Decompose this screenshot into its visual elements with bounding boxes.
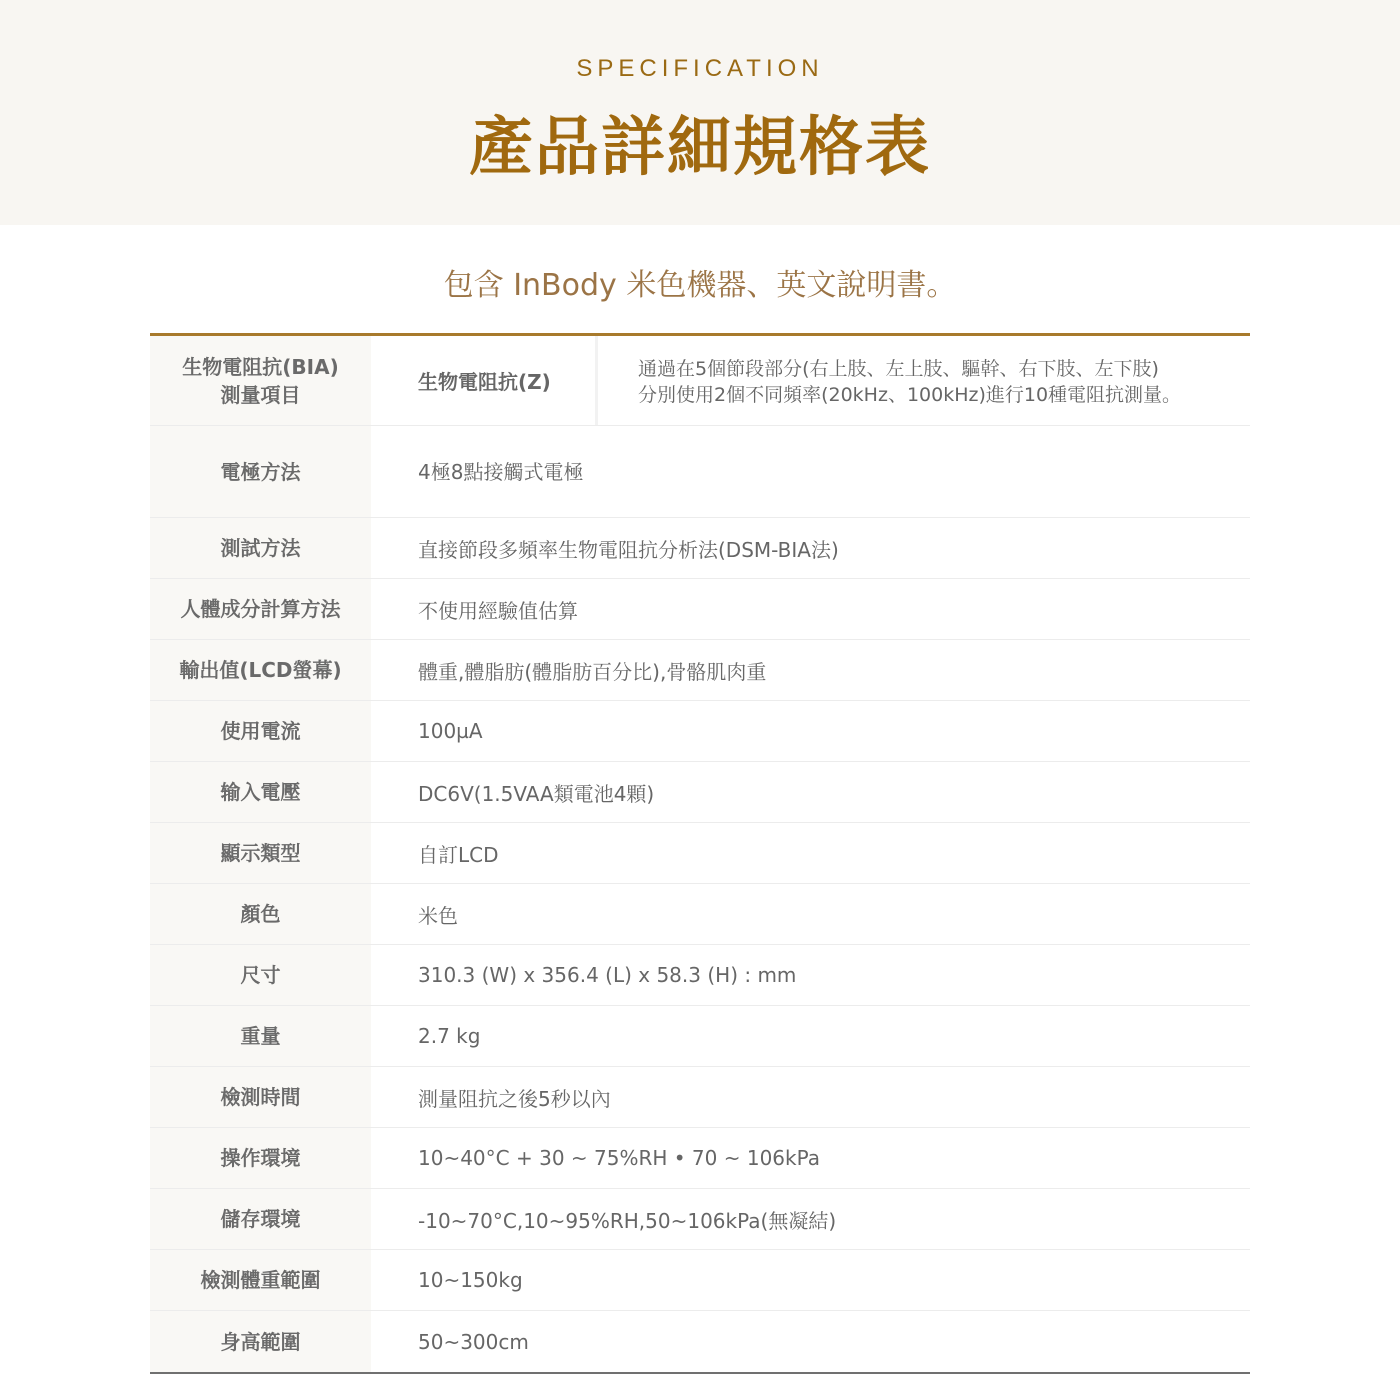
row-value: 測量阻抗之後5秒以內 [371, 1067, 1250, 1127]
table-row-bia: 生物電阻抗(BIA) 測量項目 生物電阻抗(Z) 通過在5個節段部分(右上肢、左… [150, 336, 1250, 426]
table-row: 输入電壓 DC6V(1.5VAA類電池4顆) [150, 762, 1250, 823]
row-value: 10~40°C + 30 ~ 75%RH • 70 ~ 106kPa [371, 1128, 1250, 1188]
hero-subtitle: SPECIFICATION [0, 55, 1400, 83]
package-contents-text: 包含 InBody 米色機器、英文說明書。 [0, 260, 1400, 304]
table-row: 檢測體重範圍 10~150kg [150, 1250, 1250, 1311]
row-label-line: 生物電阻抗(BIA) [182, 353, 338, 381]
row-description: 通過在5個節段部分(右上肢、左上肢、驅幹、右下肢、左下肢) 分別使用2個不同頻率… [598, 336, 1250, 425]
row-label: 尺寸 [150, 945, 371, 1005]
row-value: 10~150kg [371, 1250, 1250, 1310]
row-sub-label: 生物電阻抗(Z) [371, 336, 598, 425]
row-label: 操作環境 [150, 1128, 371, 1188]
row-label: 儲存環境 [150, 1189, 371, 1249]
table-row: 輸出值(LCD螢幕) 體重,體脂肪(體脂肪百分比),骨骼肌肉重 [150, 640, 1250, 701]
row-label: 輸出值(LCD螢幕) [150, 640, 371, 700]
description-line: 通過在5個節段部分(右上肢、左上肢、驅幹、右下肢、左下肢) [638, 356, 1250, 382]
table-row: 重量 2.7 kg [150, 1006, 1250, 1067]
row-value: 體重,體脂肪(體脂肪百分比),骨骼肌肉重 [371, 640, 1250, 700]
row-label: 測試方法 [150, 518, 371, 578]
row-label: 顯示類型 [150, 823, 371, 883]
row-value: 50~300cm [371, 1311, 1250, 1372]
row-label-line: 測量項目 [182, 381, 338, 409]
table-row: 儲存環境 -10~70°C,10~95%RH,50~106kPa(無凝結) [150, 1189, 1250, 1250]
row-label: 電極方法 [150, 426, 371, 517]
row-value: 直接節段多頻率生物電阻抗分析法(DSM-BIA法) [371, 518, 1250, 578]
table-row: 電極方法 4極8點接觸式電極 [150, 426, 1250, 518]
description-line: 分別使用2個不同頻率(20kHz、100kHz)進行10種電阻抗測量。 [638, 382, 1250, 408]
row-label: 使用電流 [150, 701, 371, 761]
row-label: 输入電壓 [150, 762, 371, 822]
row-value: 米色 [371, 884, 1250, 944]
row-value: 4極8點接觸式電極 [371, 426, 1250, 517]
row-value: 100µA [371, 701, 1250, 761]
spec-table: 生物電阻抗(BIA) 測量項目 生物電阻抗(Z) 通過在5個節段部分(右上肢、左… [150, 333, 1250, 1374]
row-value: -10~70°C,10~95%RH,50~106kPa(無凝結) [371, 1189, 1250, 1249]
row-label: 生物電阻抗(BIA) 測量項目 [150, 336, 371, 425]
table-row: 身高範圍 50~300cm [150, 1311, 1250, 1372]
row-label: 檢測時間 [150, 1067, 371, 1127]
row-value: 2.7 kg [371, 1006, 1250, 1066]
table-row: 尺寸 310.3 (W) x 356.4 (L) x 58.3 (H) : mm [150, 945, 1250, 1006]
row-label: 身高範圍 [150, 1311, 371, 1372]
table-row: 顏色 米色 [150, 884, 1250, 945]
page-title: 產品詳細規格表 [0, 96, 1400, 188]
table-row: 檢測時間 測量阻抗之後5秒以內 [150, 1067, 1250, 1128]
row-value: 310.3 (W) x 356.4 (L) x 58.3 (H) : mm [371, 945, 1250, 1005]
row-value: DC6V(1.5VAA類電池4顆) [371, 762, 1250, 822]
row-label: 顏色 [150, 884, 371, 944]
row-value: 不使用經驗值估算 [371, 579, 1250, 639]
table-row: 人體成分計算方法 不使用經驗值估算 [150, 579, 1250, 640]
row-label: 重量 [150, 1006, 371, 1066]
table-row: 使用電流 100µA [150, 701, 1250, 762]
table-row: 顯示類型 自訂LCD [150, 823, 1250, 884]
row-value: 自訂LCD [371, 823, 1250, 883]
table-row: 測試方法 直接節段多頻率生物電阻抗分析法(DSM-BIA法) [150, 518, 1250, 579]
row-label: 人體成分計算方法 [150, 579, 371, 639]
hero-banner: SPECIFICATION 產品詳細規格表 [0, 0, 1400, 225]
row-label: 檢測體重範圍 [150, 1250, 371, 1310]
table-row: 操作環境 10~40°C + 30 ~ 75%RH • 70 ~ 106kPa [150, 1128, 1250, 1189]
